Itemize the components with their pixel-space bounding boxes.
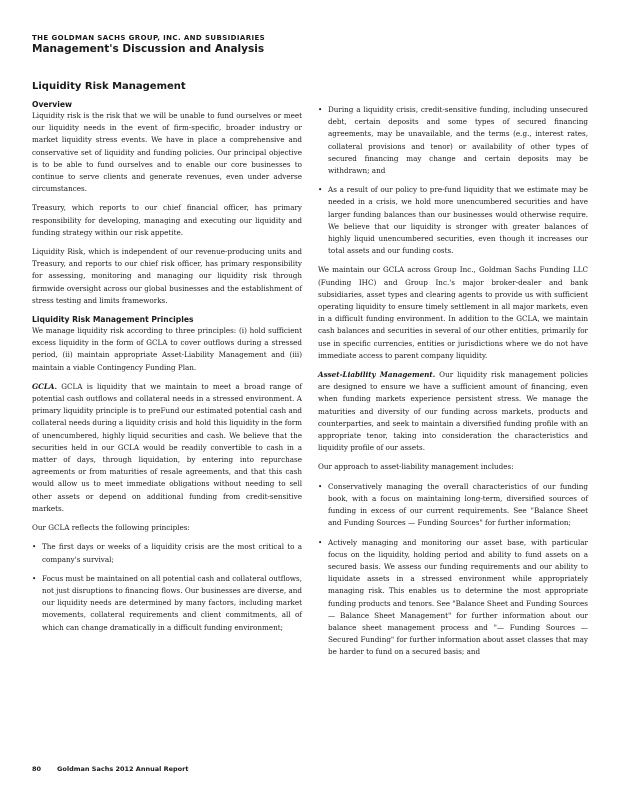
- approach-intro: Our approach to asset-liability manageme…: [318, 461, 588, 473]
- gcla-lead: GCLA.: [32, 382, 57, 391]
- list-item: Actively managing and monitoring our ass…: [318, 537, 588, 659]
- list-item: Focus must be maintained on all potentia…: [32, 573, 302, 634]
- company-name: The Goldman Sachs Group, Inc. and Subsid…: [32, 34, 265, 43]
- alm-text: Our liquidity risk management policies a…: [318, 370, 588, 452]
- overview-paragraph: Liquidity risk is the risk that we will …: [32, 110, 302, 195]
- gcla-principles-intro: Our GCLA reflects the following principl…: [32, 522, 302, 534]
- principles-paragraph: We manage liquidity risk according to th…: [32, 325, 302, 374]
- document-title: Management's Discussion and Analysis: [32, 43, 265, 56]
- publication-name: Goldman Sachs 2012 Annual Report: [57, 765, 188, 773]
- approach-list: Conservatively managing the overall char…: [318, 481, 588, 659]
- right-column: During a liquidity crisis, credit-sensit…: [318, 104, 588, 666]
- page-footer: 80 Goldman Sachs 2012 Annual Report: [32, 765, 188, 773]
- left-column: Liquidity Risk Management Overview Liqui…: [32, 80, 302, 641]
- page-number: 80: [32, 765, 41, 773]
- principles-heading: Liquidity Risk Management Principles: [32, 314, 302, 325]
- gcla-principles-list: The first days or weeks of a liquidity c…: [32, 541, 302, 633]
- page-header: The Goldman Sachs Group, Inc. and Subsid…: [32, 34, 265, 56]
- list-item: As a result of our policy to pre-fund li…: [318, 184, 588, 257]
- treasury-paragraph: Treasury, which reports to our chief fin…: [32, 202, 302, 239]
- section-title: Liquidity Risk Management: [32, 80, 302, 93]
- alm-paragraph: Asset-Liability Management. Our liquidit…: [318, 369, 588, 454]
- alm-lead: Asset-Liability Management.: [318, 370, 435, 379]
- gcla-text: GCLA is liquidity that we maintain to me…: [32, 382, 302, 513]
- liquidity-risk-paragraph: Liquidity Risk, which is independent of …: [32, 246, 302, 307]
- overview-heading: Overview: [32, 99, 302, 110]
- gcla-paragraph: GCLA. GCLA is liquidity that we maintain…: [32, 381, 302, 515]
- list-item: During a liquidity crisis, credit-sensit…: [318, 104, 588, 177]
- list-item: Conservatively managing the overall char…: [318, 481, 588, 530]
- gcla-entities-paragraph: We maintain our GCLA across Group Inc., …: [318, 264, 588, 362]
- gcla-principles-list-continued: During a liquidity crisis, credit-sensit…: [318, 104, 588, 257]
- list-item: The first days or weeks of a liquidity c…: [32, 541, 302, 565]
